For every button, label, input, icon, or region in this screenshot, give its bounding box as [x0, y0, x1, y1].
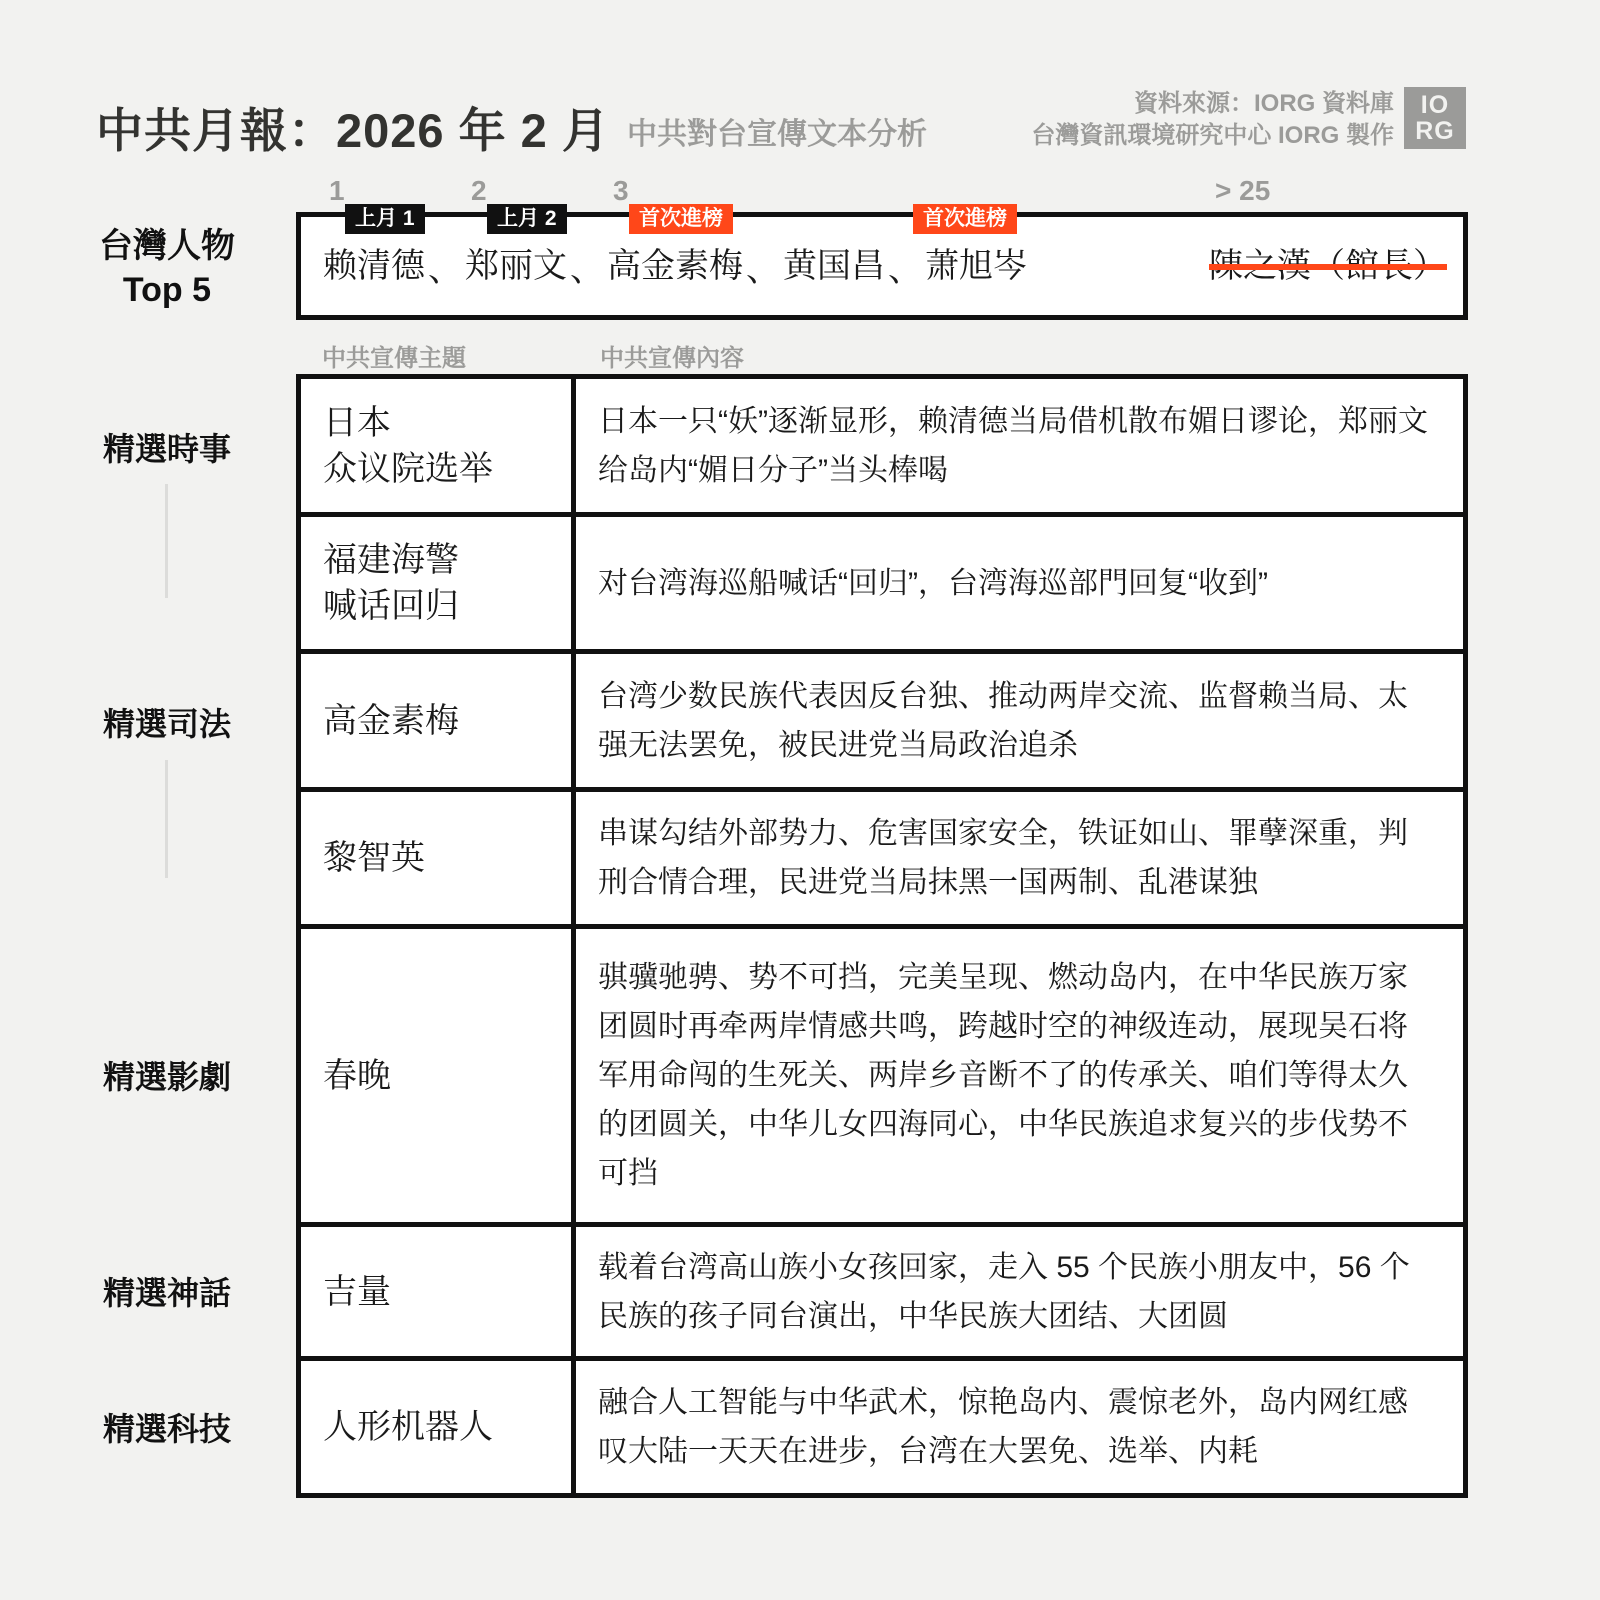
last-month-rank-badge: 上月 2 [487, 204, 567, 234]
monthly-report-page: 中共月報：2026 年 2 月 中共對台宣傳文本分析 資料來源：IORG 資料庫… [0, 0, 1600, 1600]
table-row: 人形机器人 融合人工智能与中华武术，惊艳岛内、震惊老外，岛内网红感叹大陆一天天在… [301, 1356, 1463, 1493]
topic-cell: 吉量 [301, 1227, 576, 1356]
iorg-logo-bottom: RG [1415, 118, 1455, 144]
table-row: 春晚 骐骥驰骋、势不可挡，完美呈现、燃动岛内，在中华民族万家团圆时再牵两岸情感共… [301, 924, 1463, 1222]
group-label-myth: 精選神話 [92, 1270, 242, 1316]
topic-cell: 日本 众议院选举 [301, 379, 576, 512]
content-cell: 载着台湾高山族小女孩回家，走入 55 个民族小朋友中，56 个民族的孩子同台演出… [576, 1227, 1463, 1356]
content-cell: 融合人工智能与中华武术，惊艳岛内、震惊老外，岛内网红感叹大陆一天天在进步，台湾在… [576, 1361, 1463, 1493]
dropped-person: > 25 陳之漢（館長） [1209, 242, 1447, 290]
page-title: 中共月報：2026 年 2 月 [96, 94, 610, 161]
person-name: 赖清德 [323, 247, 425, 285]
content-cell: 台湾少数民族代表因反台独、推动两岸交流、监督赖当局、太强无法罢免，被民进党当局政… [576, 654, 1463, 787]
person-name: 高金素梅 [607, 247, 743, 285]
name-separator: 、 [888, 242, 922, 291]
first-time-badge: 首次進榜 [913, 204, 1017, 234]
source-line-2: 台灣資訊環境研究中心 IORG 製作 [1031, 120, 1394, 152]
top5-section-label-line1: 台灣人物 [92, 224, 242, 268]
group-label-judiciary: 精選司法 [92, 701, 242, 747]
topic-cell: 福建海警 喊话回归 [301, 517, 576, 649]
iorg-logo: IO RG [1404, 87, 1466, 149]
rank-number: > 25 [1215, 178, 1270, 204]
last-month-rank-badge: 上月 1 [345, 204, 425, 234]
table-row: 福建海警 喊话回归 对台湾海巡船喊话“回归”，台湾海巡部門回复“收到” [301, 512, 1463, 649]
top5-box: 1 上月 1 赖清德 、 2 上月 2 郑丽文 、 3 首次進榜 高金素梅 、 [296, 212, 1468, 320]
content-cell: 日本一只“妖”逐渐显形，赖清德当局借机散布媚日谬论，郑丽文给岛内“媚日分子”当头… [576, 379, 1463, 512]
person-name: 萧旭岑 [925, 247, 1027, 285]
first-time-badge: 首次進榜 [629, 204, 733, 234]
propaganda-table: 日本 众议院选举 日本一只“妖”逐渐显形，赖清德当局借机散布媚日谬论，郑丽文给岛… [296, 374, 1468, 1498]
rank-number: 1 [329, 178, 345, 204]
topic-cell: 春晚 [301, 929, 576, 1222]
table-row: 黎智英 串谋勾结外部势力、危害国家安全，铁证如山、罪孽深重，判刑合情合理，民进党… [301, 787, 1463, 924]
table-row: 日本 众议院选举 日本一只“妖”逐渐显形，赖清德当局借机散布媚日谬论，郑丽文给岛… [301, 379, 1463, 512]
person-name: 黄国昌 [783, 247, 885, 285]
name-separator: 、 [428, 242, 462, 291]
person-name: 郑丽文 [465, 247, 567, 285]
group-label-film-tv: 精選影劇 [92, 1054, 242, 1100]
top5-person-2: 2 上月 2 郑丽文 [465, 242, 567, 290]
top5-person-4: 黄国昌 [783, 242, 885, 290]
content-cell: 串谋勾结外部势力、危害国家安全，铁证如山、罪孽深重，判刑合情合理，民进党当局抹黑… [576, 792, 1463, 924]
iorg-logo-top: IO [1421, 92, 1449, 118]
topic-cell: 人形机器人 [301, 1361, 576, 1493]
top5-names: 1 上月 1 赖清德 、 2 上月 2 郑丽文 、 3 首次進榜 高金素梅 、 [323, 242, 1027, 291]
top5-person-3: 3 首次進榜 高金素梅 [607, 242, 743, 290]
topic-cell: 高金素梅 [301, 654, 576, 787]
source-line-1: 資料來源：IORG 資料庫 [1031, 88, 1394, 120]
top5-person-1: 1 上月 1 赖清德 [323, 242, 425, 290]
group-label-technology: 精選科技 [92, 1406, 242, 1452]
rank-number: 3 [613, 178, 629, 204]
page-subtitle: 中共對台宣傳文本分析 [627, 109, 927, 153]
name-separator: 、 [746, 242, 780, 291]
group-label-current-events: 精選時事 [92, 426, 242, 472]
dropped-person-name: 陳之漢（館長） [1209, 247, 1447, 285]
column-header-content: 中共宣傳內容 [600, 338, 744, 373]
table-row: 高金素梅 台湾少数民族代表因反台独、推动两岸交流、监督赖当局、太强无法罢免，被民… [301, 649, 1463, 787]
top5-section-label: 台灣人物 Top 5 [92, 224, 242, 312]
data-source-note: 資料來源：IORG 資料庫 台灣資訊環境研究中心 IORG 製作 [1031, 88, 1394, 152]
table-row: 吉量 载着台湾高山族小女孩回家，走入 55 个民族小朋友中，56 个民族的孩子同… [301, 1222, 1463, 1356]
column-header-topic: 中共宣傳主題 [322, 338, 466, 373]
name-separator: 、 [570, 242, 604, 291]
group-connector-line [165, 484, 168, 598]
content-cell: 对台湾海巡船喊话“回归”，台湾海巡部門回复“收到” [576, 517, 1463, 649]
content-cell: 骐骥驰骋、势不可挡，完美呈现、燃动岛内，在中华民族万家团圆时再牵两岸情感共鸣，跨… [576, 929, 1463, 1222]
group-connector-line [165, 760, 168, 878]
top5-section-label-line2: Top 5 [92, 268, 242, 312]
rank-number: 2 [471, 178, 487, 204]
top5-box-inner: 1 上月 1 赖清德 、 2 上月 2 郑丽文 、 3 首次進榜 高金素梅 、 [301, 217, 1463, 315]
topic-cell: 黎智英 [301, 792, 576, 924]
top5-person-5: 首次進榜 萧旭岑 [925, 242, 1027, 290]
